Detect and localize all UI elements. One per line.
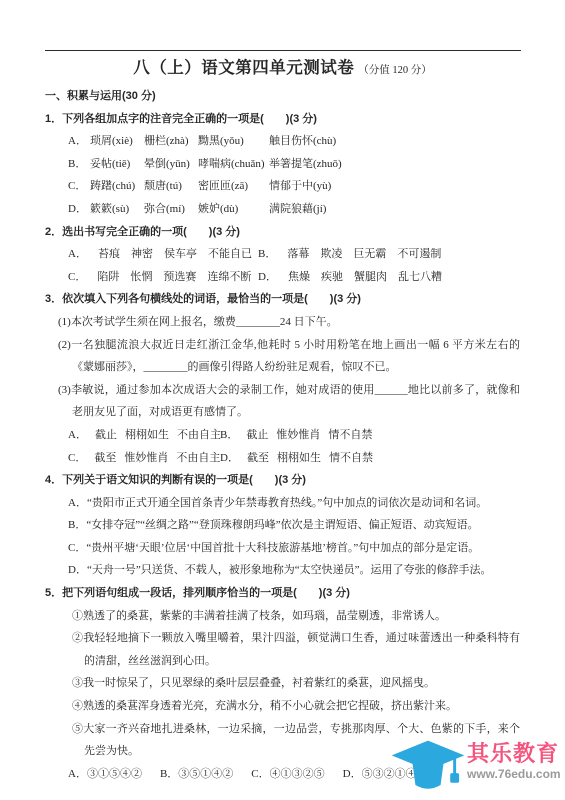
- question-3-option-b: B．截止惟妙惟肖情不自禁: [220, 424, 520, 447]
- question-2-stem: 2．选出书写完全正确的一项( )(3 分): [45, 221, 520, 244]
- question-5-sentence-1: ①熟透了的桑葚，紫紫的丰满着挂满了枝条，如玛瑙，晶莹剔透，非常诱人。: [45, 605, 520, 628]
- question-5-sentence-3: ③我一时惊呆了，只见翠绿的桑叶层层叠叠，衬着紫红的桑葚，迎风摇曳。: [45, 672, 520, 695]
- word-group: 弥合(mí): [144, 198, 198, 221]
- word: 栩栩如生: [125, 424, 169, 447]
- word: 截至: [94, 447, 116, 470]
- option-label: C．: [68, 266, 86, 289]
- word-group: 嫉妒(dù): [198, 198, 269, 221]
- question-3-option-c: C．截至惟妙惟肖不由自主: [68, 447, 220, 470]
- question-3-option-row-2: C．截至惟妙惟肖不由自主 D．截至栩栩如生情不自禁: [45, 447, 520, 470]
- score-note: （分值 120 分）: [358, 65, 432, 76]
- word: 陷阱: [97, 266, 119, 289]
- option-label: A．: [68, 424, 87, 447]
- word: 侯车亭: [164, 243, 197, 266]
- question-1-option-b: B．妥帖(tiē)晕倒(yūn)哮喘病(chuǎn)举箸提笔(zhuō): [45, 153, 520, 176]
- word-group: 举箸提笔(zhuō): [269, 158, 342, 170]
- question-2-option-a: A．苔痕神密侯车亭不能自已: [68, 243, 258, 266]
- word: 情不自禁: [329, 447, 373, 470]
- question-2-option-c: C．陷阱怅惘预选赛连绵不断: [68, 266, 258, 289]
- question-4-stem: 4．下列关于语文知识的判断有误的一项是( )(3 分): [45, 469, 520, 492]
- word: 惟妙惟肖: [124, 447, 168, 470]
- word-group: 簌簌(sù): [90, 198, 144, 221]
- question-4-option-a: A．“贵阳市正式开通全国首条青少年禁毒教育热线。”句中加点的词依次是动词和名词。: [45, 492, 520, 515]
- option-value: ③①⑤④②: [87, 768, 142, 780]
- question-2-option-b: B．落幕欺凌巨无霸不可遏制: [258, 243, 520, 266]
- word-group: 颓唐(tú): [144, 175, 198, 198]
- word-group: 情郁于中(yù): [269, 180, 331, 192]
- question-5-sentence-2: ②我轻轻地摘下一颗放入嘴里嚼着，果汁四溢，顿觉满口生香，通过味蕾透出一种桑科特有…: [45, 627, 520, 672]
- option-label: A．: [68, 243, 87, 266]
- word: 不由自主: [176, 447, 220, 470]
- word: 蟹腿肉: [354, 266, 387, 289]
- question-3-option-a: A．截止栩栩如生不由自主: [68, 424, 220, 447]
- word: 乱七八糟: [398, 266, 442, 289]
- question-3-item-1: (1)本次考试学生须在网上报名，缴费________24 日下午。: [45, 311, 520, 334]
- page-title: 八（上）语文第四单元测试卷: [133, 59, 354, 77]
- question-1-stem: 1．下列各组加点字的注音完全正确的一项是( )(3 分): [45, 108, 520, 131]
- section-heading: 一、积累与运用(30 分): [45, 85, 520, 108]
- brand-url: www.76edu.com: [467, 767, 561, 781]
- test-paper-page: 八（上）语文第四单元测试卷（分值 120 分） 一、积累与运用(30 分) 1．…: [0, 0, 565, 800]
- word-group: 密匝匝(zā): [198, 175, 269, 198]
- word: 落幕: [287, 243, 309, 266]
- word: 截至: [247, 447, 269, 470]
- question-5-sentence-4: ④熟透的桑葚浑身透着光亮，充满水分，稍不小心就会把它捏破，挤出紫汁来。: [45, 695, 520, 718]
- option-label: C．: [68, 175, 90, 198]
- word: 欺凌: [320, 243, 342, 266]
- option-value: ④①③②⑤: [270, 768, 325, 780]
- question-2-option-row-1: A．苔痕神密侯车亭不能自已 B．落幕欺凌巨无霸不可遏制: [45, 243, 520, 266]
- option-label: B．: [258, 243, 276, 266]
- option-label: C．: [251, 768, 269, 780]
- question-3-item-2: (2)一名独腿流浪大叔近日走红浙江金华,他耗时 5 小时用粉笔在地上画出一幅 6…: [45, 334, 520, 379]
- option-label: C．: [68, 447, 86, 470]
- word: 疾驰: [321, 266, 343, 289]
- question-3-stem: 3．依次填入下列各句横线处的词语，最恰当的一项是( )(3 分): [45, 288, 520, 311]
- word: 情不自禁: [328, 424, 372, 447]
- option-label: A．: [68, 768, 87, 780]
- question-3-option-row-1: A．截止栩栩如生不由自主 B．截止惟妙惟肖情不自禁: [45, 424, 520, 447]
- word: 焦燥: [288, 266, 310, 289]
- word: 不由自主: [177, 424, 221, 447]
- option-label: D．: [68, 198, 90, 221]
- option-label: A．: [68, 130, 90, 153]
- option-label: B．: [68, 153, 90, 176]
- option-label: B．: [160, 768, 178, 780]
- word: 怅惘: [130, 266, 152, 289]
- word-group: 踌躇(chú): [90, 175, 144, 198]
- word-group: 满院狼藉(jí): [269, 203, 326, 215]
- question-5-stem: 5．把下列语句组成一段话，排列顺序恰当的一项是( )(3 分): [45, 582, 520, 605]
- option-label: D．: [220, 447, 239, 470]
- header-rule: [45, 50, 521, 51]
- word: 预选赛: [163, 266, 196, 289]
- question-3-option-d: D．截至栩栩如生情不自禁: [220, 447, 520, 470]
- word: 截止: [95, 424, 117, 447]
- word-group: 黝黑(yǒu): [198, 130, 269, 153]
- word: 截止: [246, 424, 268, 447]
- word: 巨无霸: [353, 243, 386, 266]
- option-label: D．: [343, 768, 362, 780]
- option-label: D．: [258, 266, 277, 289]
- word: 不可遏制: [397, 243, 441, 266]
- word: 苔痕: [98, 243, 120, 266]
- question-2-option-row-2: C．陷阱怅惘预选赛连绵不断 D．焦燥疾驰蟹腿肉乱七八糟: [45, 266, 520, 289]
- question-2-option-d: D．焦燥疾驰蟹腿肉乱七八糟: [258, 266, 520, 289]
- word-group: 栅栏(zhà): [144, 130, 198, 153]
- question-4-option-b: B．“女排夺冠”“丝绸之路”“登顶珠穆朗玛峰”依次是主谓短语、偏正短语、动宾短语…: [45, 514, 520, 537]
- question-1-option-a: A．琐屑(xiè)栅栏(zhà)黝黑(yǒu)触目伤怀(chù): [45, 130, 520, 153]
- word-group: 妥帖(tiē): [90, 153, 144, 176]
- brand-watermark: 其乐教育 www.76edu.com: [391, 739, 565, 797]
- question-1-option-d: D．簌簌(sù)弥合(mí)嫉妒(dù)满院狼藉(jí): [45, 198, 520, 221]
- word: 栩栩如生: [277, 447, 321, 470]
- question-4-option-d: D．“天舟一号”只送货、不载人，被形象地称为“太空快递员”。运用了夸张的修辞手法…: [45, 559, 520, 582]
- word-group: 晕倒(yūn): [144, 153, 198, 176]
- question-5-option-c: C．④①③②⑤: [251, 763, 324, 786]
- question-5-option-a: A．③①⑤④②: [68, 763, 142, 786]
- brand-text-block: 其乐教育 www.76edu.com: [467, 741, 561, 781]
- word: 神密: [131, 243, 153, 266]
- graduation-cap-icon: [391, 739, 465, 797]
- option-value: ③⑤①④②: [178, 768, 233, 780]
- word-group: 触目伤怀(chù): [269, 135, 336, 147]
- option-label: B．: [220, 424, 238, 447]
- question-5-option-b: B．③⑤①④②: [160, 763, 233, 786]
- word: 不能自已: [208, 243, 252, 266]
- question-3-item-3: (3)李敏说，通过参加本次成语大会的录制工作，她对成语的使用______地比以前…: [45, 379, 520, 424]
- word: 惟妙惟肖: [276, 424, 320, 447]
- word-group: 琐屑(xiè): [90, 130, 144, 153]
- word: 连绵不断: [207, 266, 251, 289]
- word-group: 哮喘病(chuǎn): [198, 153, 269, 176]
- question-1-option-c: C．踌躇(chú)颓唐(tú)密匝匝(zā)情郁于中(yù): [45, 175, 520, 198]
- brand-name: 其乐教育: [467, 741, 561, 767]
- title-bar: 八（上）语文第四单元测试卷（分值 120 分）: [45, 55, 520, 85]
- question-4-option-c: C．“贵州平塘‘天眼’位居‘中国首批十大科技旅游基地’榜首。”句中加点的部分是定…: [45, 537, 520, 560]
